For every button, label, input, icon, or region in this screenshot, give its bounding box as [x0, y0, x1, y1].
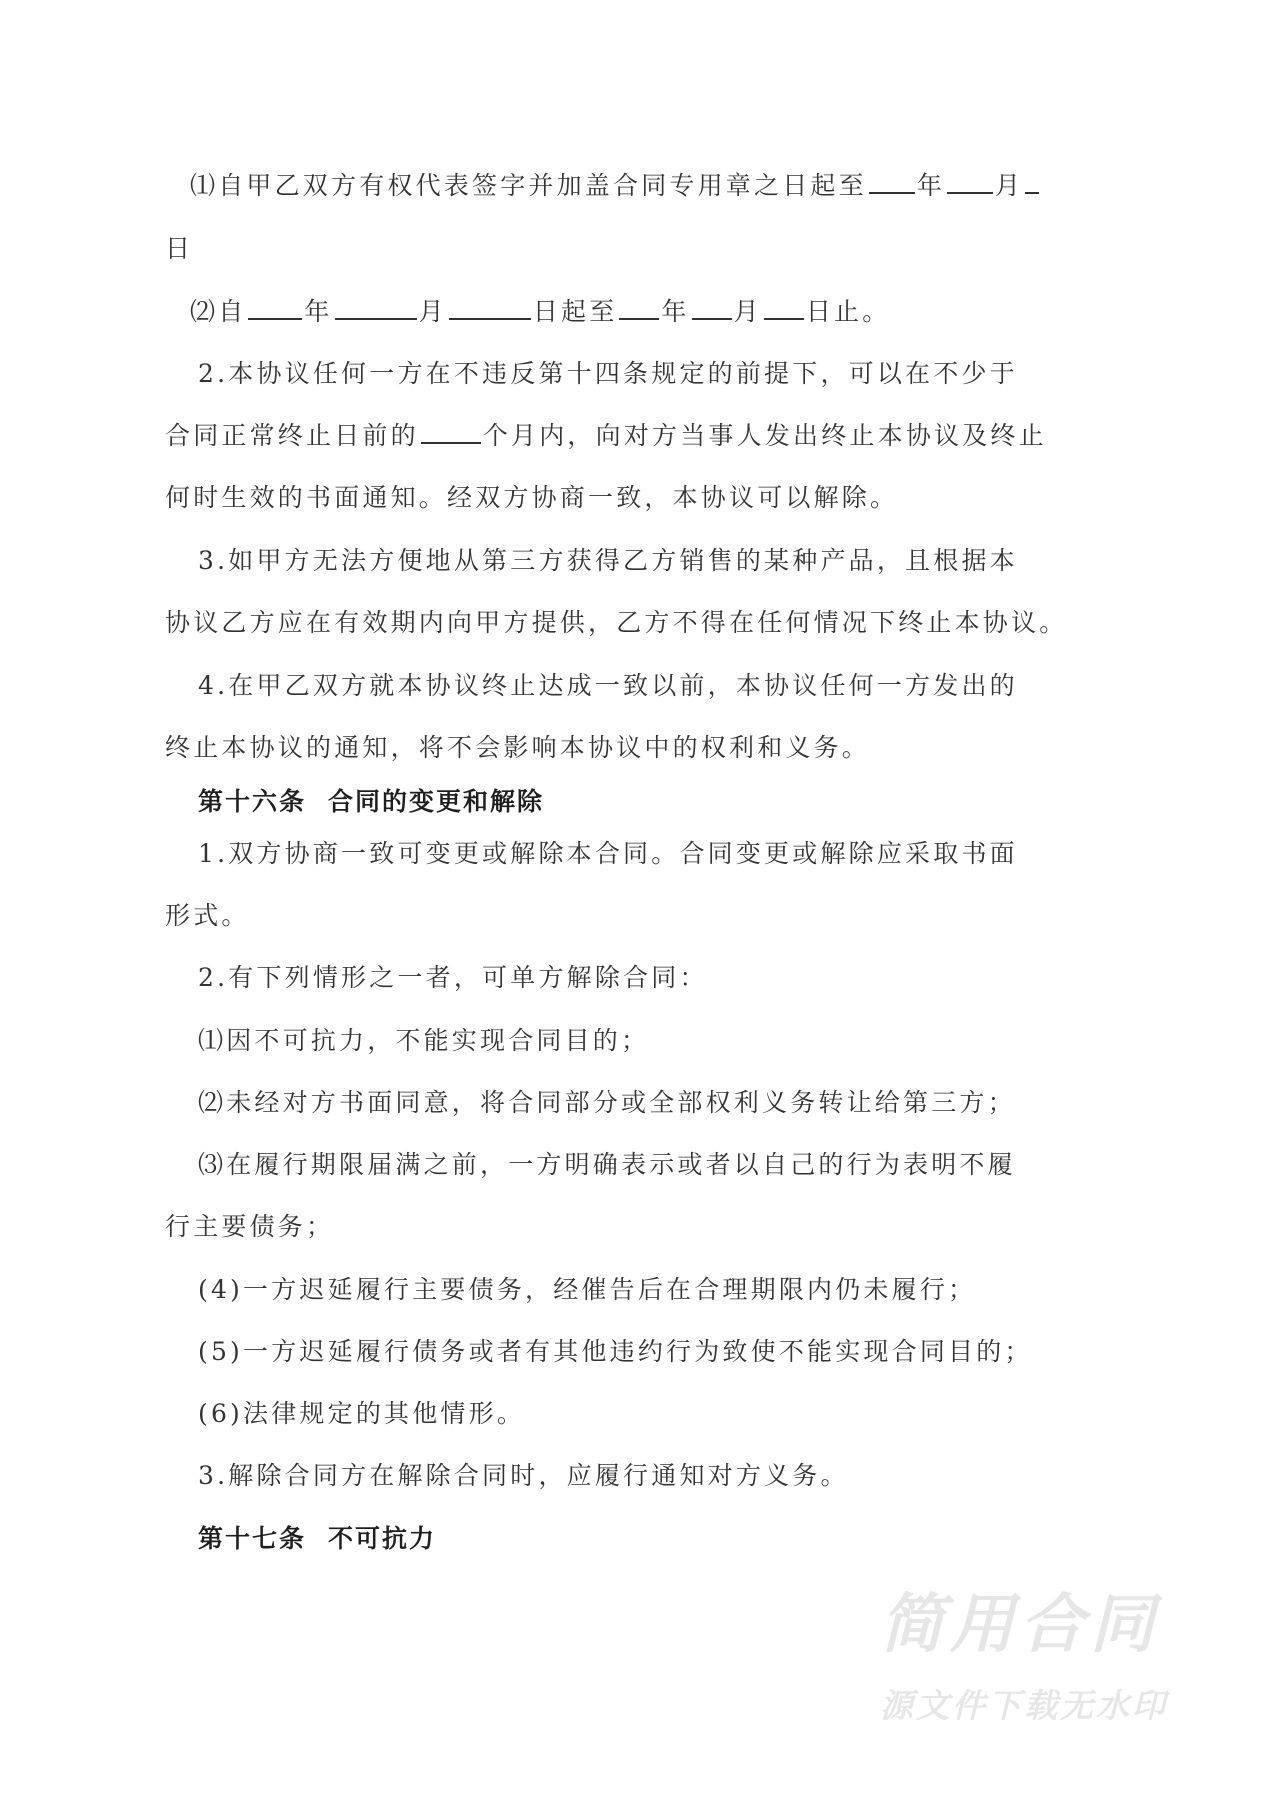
text: ⑴自甲乙双方有权代表签字并加盖合同专用章之日起至 — [190, 171, 867, 200]
section-number: 第十六条 — [198, 787, 306, 816]
clause-16-item-2-sub-4: (4)一方迟延履行主要债务，经催告后在合理期限内仍未履行； — [198, 1274, 976, 1306]
start-day-blank — [449, 296, 531, 320]
clause-16-item-2-sub-2: ⑵未经对方书面同意，将合同部分或全部权利义务转让给第三方； — [198, 1087, 1016, 1119]
day-blank — [1025, 170, 1039, 194]
watermark: 简用合同 源文件下载无水印 — [880, 1590, 1210, 1726]
document-page: ⑴自甲乙双方有权代表签字并加盖合同专用章之日起至年月 日 ⑵自年月日起至年月日止… — [0, 0, 1280, 1810]
section-number: 第十七条 — [198, 1524, 306, 1553]
start-month-blank — [335, 296, 417, 320]
watermark-subtitle: 源文件下载无水印 — [880, 1686, 1210, 1726]
section-title: 合同的变更和解除 — [328, 787, 544, 816]
start-year-blank — [248, 296, 302, 320]
months-blank — [421, 420, 481, 444]
clause-15-item-3-cont: 协议乙方应在有效期内向甲方提供，乙方不得在任何情况下终止本协议。 — [165, 607, 1067, 639]
clause-16-item-2-sub-3: ⑶在履行期限届满之前，一方明确表示或者以自己的行为表明不履 — [198, 1149, 1016, 1181]
watermark-title: 简用合同 — [880, 1590, 1210, 1660]
section-heading-16: 第十六条合同的变更和解除 — [198, 786, 544, 818]
clause-term-option-1-cont: 日 — [165, 233, 193, 265]
clause-15-item-4-cont: 终止本协议的通知，将不会影响本协议中的权利和义务。 — [165, 732, 870, 764]
clause-16-item-3: 3.解除合同方在解除合同时，应履行通知对方义务。 — [198, 1460, 849, 1492]
month-blank — [947, 170, 993, 194]
end-year-blank — [619, 296, 659, 320]
clause-15-item-3: 3.如甲方无法方便地从第三方获得乙方销售的某种产品，且根据本 — [198, 545, 1018, 577]
clause-16-item-2-sub-5: (5)一方迟延履行债务或者有其他违约行为致使不能实现合同目的； — [198, 1336, 1033, 1368]
clause-15-item-2-cont: 合同正常终止日前的个月内，向对方当事人发出终止本协议及终止 — [165, 420, 1047, 452]
end-day-blank — [764, 296, 804, 320]
clause-15-item-2-cont-2: 何时生效的书面通知。经双方协商一致，本协议可以解除。 — [165, 482, 898, 514]
clause-15-item-4: 4.在甲乙双方就本协议终止达成一致以前，本协议任何一方发出的 — [198, 670, 1018, 702]
clause-16-item-2: 2.有下列情形之一者，可单方解除合同： — [198, 962, 708, 994]
clause-16-item-2-sub-1: ⑴因不可抗力，不能实现合同目的； — [198, 1025, 649, 1057]
clause-16-item-2-sub-3-cont: 行主要债务； — [165, 1211, 334, 1243]
section-heading-17: 第十七条不可抗力 — [198, 1523, 436, 1555]
year-blank — [869, 170, 915, 194]
end-month-blank — [692, 296, 732, 320]
clause-term-option-2: ⑵自年月日起至年月日止。 — [190, 296, 890, 328]
clause-term-option-1: ⑴自甲乙双方有权代表签字并加盖合同专用章之日起至年月 — [190, 170, 1041, 202]
section-title: 不可抗力 — [328, 1524, 436, 1553]
clause-16-item-1-cont: 形式。 — [165, 900, 250, 932]
clause-15-item-2: 2.本协议任何一方在不违反第十四条规定的前提下，可以在不少于 — [198, 358, 1018, 390]
clause-16-item-1: 1.双方协商一致可变更或解除本合同。合同变更或解除应采取书面 — [198, 838, 1018, 870]
clause-16-item-2-sub-6: (6)法律规定的其他情形。 — [198, 1398, 525, 1430]
